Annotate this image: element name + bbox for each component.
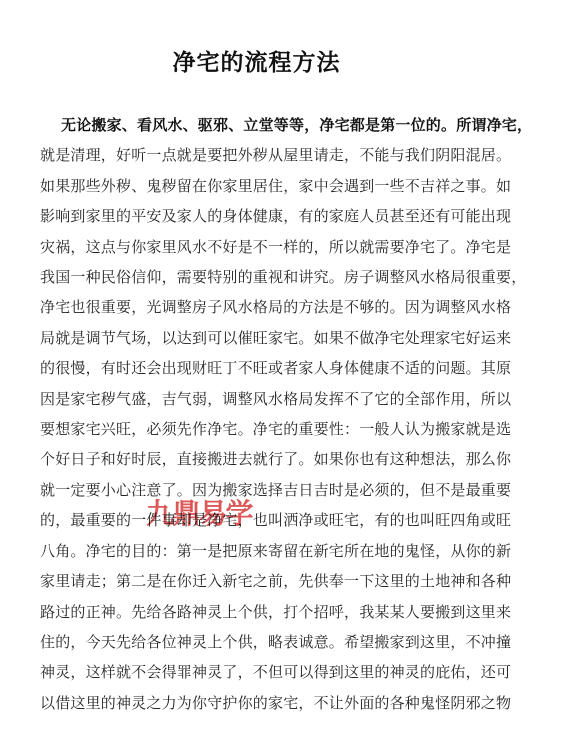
text-line: 的，最重要的一件事却是净宅，也叫洒净或旺宅，有的也叫旺四角或旺 (40, 506, 573, 536)
paragraph: 无论搬家、看风水、驱邪、立堂等等，净宅都是第一位的。所谓净宅，就是清理，好听一点… (40, 111, 573, 719)
text-line: 无论搬家、看风水、驱邪、立堂等等，净宅都是第一位的。所谓净宅， (40, 111, 573, 141)
text-line: 因是家宅秽气盛，吉气弱，调整风水格局发挥不了它的全部作用，所以 (40, 385, 573, 415)
text-line: 局就是调节气场，以达到可以催旺家宅。如果不做净宅处理家宅好运来 (40, 324, 573, 354)
text-line: 净宅也很重要，光调整房子风水格局的方法是不够的。因为调整风水格 (40, 293, 573, 323)
document-page: 净宅的流程方法 无论搬家、看风水、驱邪、立堂等等，净宅都是第一位的。所谓净宅，就… (0, 0, 573, 737)
text-line: 的很慢，有时还会出现财旺丁不旺或者家人身体健康不适的问题。其原 (40, 354, 573, 384)
text-line: 住的，今天先给各位神灵上个供，略表诚意。希望搬家到这里，不冲撞 (40, 628, 573, 658)
text-line: 灾祸，这点与你家里风水不好是不一样的，所以就需要净宅了。净宅是 (40, 233, 573, 263)
text-line: 以借这里的神灵之力为你守护你的家宅，不让外面的各种鬼怪阴邪之物 (40, 689, 573, 719)
text-line: 神灵，这样就不会得罪神灵了，不但可以得到这里的神灵的庇佑，还可 (40, 658, 573, 688)
document-title: 净宅的流程方法 (0, 0, 543, 77)
text-line: 家里请走；第二是在你迁入新宅之前，先供奉一下这里的土地神和各种 (40, 567, 573, 597)
text-line: 个好日子和好时辰，直接搬进去就行了。如果你也有这种想法，那么你 (40, 445, 573, 475)
text-line: 路过的正神。先给各路神灵上个供，打个招呼，我某某人要搬到这里来 (40, 598, 573, 628)
text-line: 要想家宅兴旺，必须先作净宅。净宅的重要性：一般人认为搬家就是选 (40, 415, 573, 445)
text-line: 就是清理，好听一点就是要把外秽从屋里请走，不能与我们阴阳混居。 (40, 141, 573, 171)
text-line: 影响到家里的平安及家人的身体健康，有的家庭人员甚至还有可能出现 (40, 202, 573, 232)
text-line: 就一定要小心注意了。因为搬家选择吉日吉时是必须的，但不是最重要 (40, 476, 573, 506)
text-line: 八角。净宅的目的：第一是把原来寄留在新宅所在地的鬼怪，从你的新 (40, 537, 573, 567)
text-line: 我国一种民俗信仰，需要特别的重视和讲究。房子调整风水格局很重要， (40, 263, 573, 293)
text-line: 如果那些外秽、鬼秽留在你家里居住，家中会遇到一些不吉祥之事。如 (40, 172, 573, 202)
